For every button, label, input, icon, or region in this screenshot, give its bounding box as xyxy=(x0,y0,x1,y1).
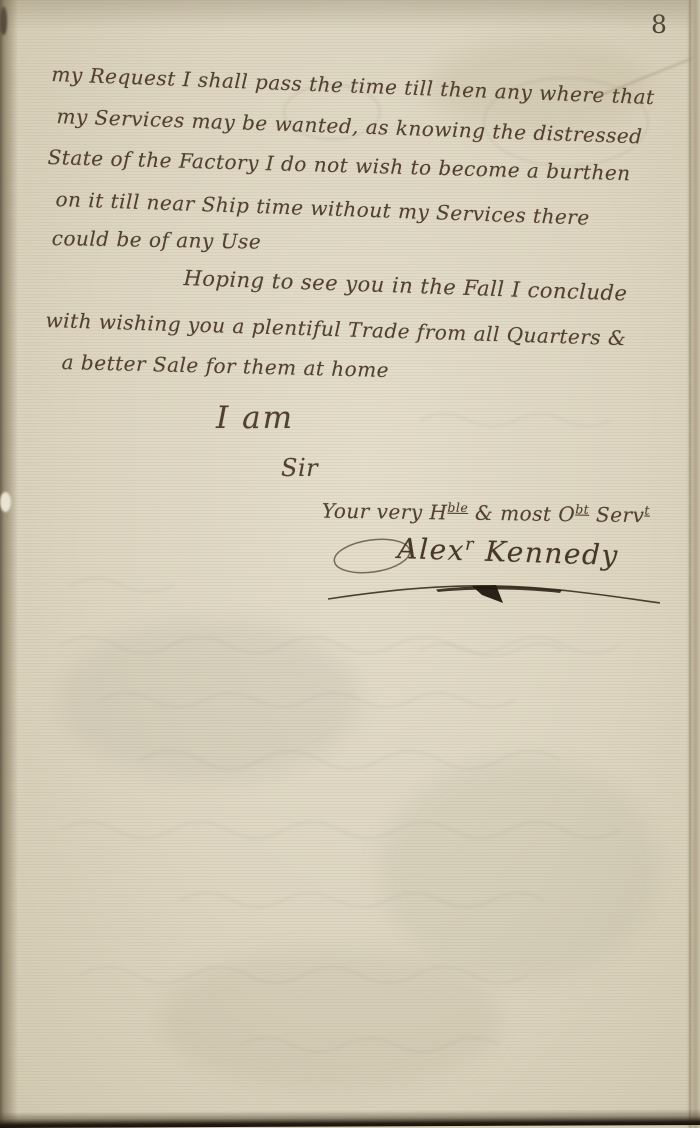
letter-line: with wishing you a plentiful Trade from … xyxy=(45,308,626,350)
letter-line: Hoping to see you in the Fall I conclude xyxy=(183,266,628,305)
valediction: Your very Hble & most Obt Servt xyxy=(322,498,650,527)
signature-text: Kennedy xyxy=(474,534,619,572)
binding-gutter-edge xyxy=(0,0,18,1128)
valediction-text: Serv xyxy=(589,502,645,527)
paper-stain xyxy=(60,620,360,780)
manuscript-page: 8 my Request I shall pass the time till … xyxy=(0,0,700,1128)
signature-underline-flourish xyxy=(324,581,664,611)
bottom-page-edge xyxy=(0,1109,700,1128)
paper-stain xyxy=(380,760,660,980)
signature: Alexr Kennedy xyxy=(397,532,619,572)
paper-stain xyxy=(160,950,500,1090)
valediction-text: & most O xyxy=(468,501,575,526)
closing-i-am: I am xyxy=(216,400,294,436)
closing-sir: Sir xyxy=(281,454,318,482)
valediction-superscript: bt xyxy=(575,502,589,517)
letter-line: on it till near Ship time without my Ser… xyxy=(55,187,590,230)
letter-line: could be of any Use xyxy=(52,226,262,254)
valediction-superscript: ble xyxy=(447,500,468,515)
letter-line: State of the Factory I do not wish to be… xyxy=(47,145,631,185)
paper-tear-notch xyxy=(0,492,11,512)
letter-line: a better Sale for them at home xyxy=(61,350,389,382)
valediction-superscript: t xyxy=(644,503,650,518)
valediction-text: Your very H xyxy=(322,499,448,525)
page-stack-edge-line xyxy=(689,0,691,1128)
signature-text: Alex xyxy=(397,532,466,567)
